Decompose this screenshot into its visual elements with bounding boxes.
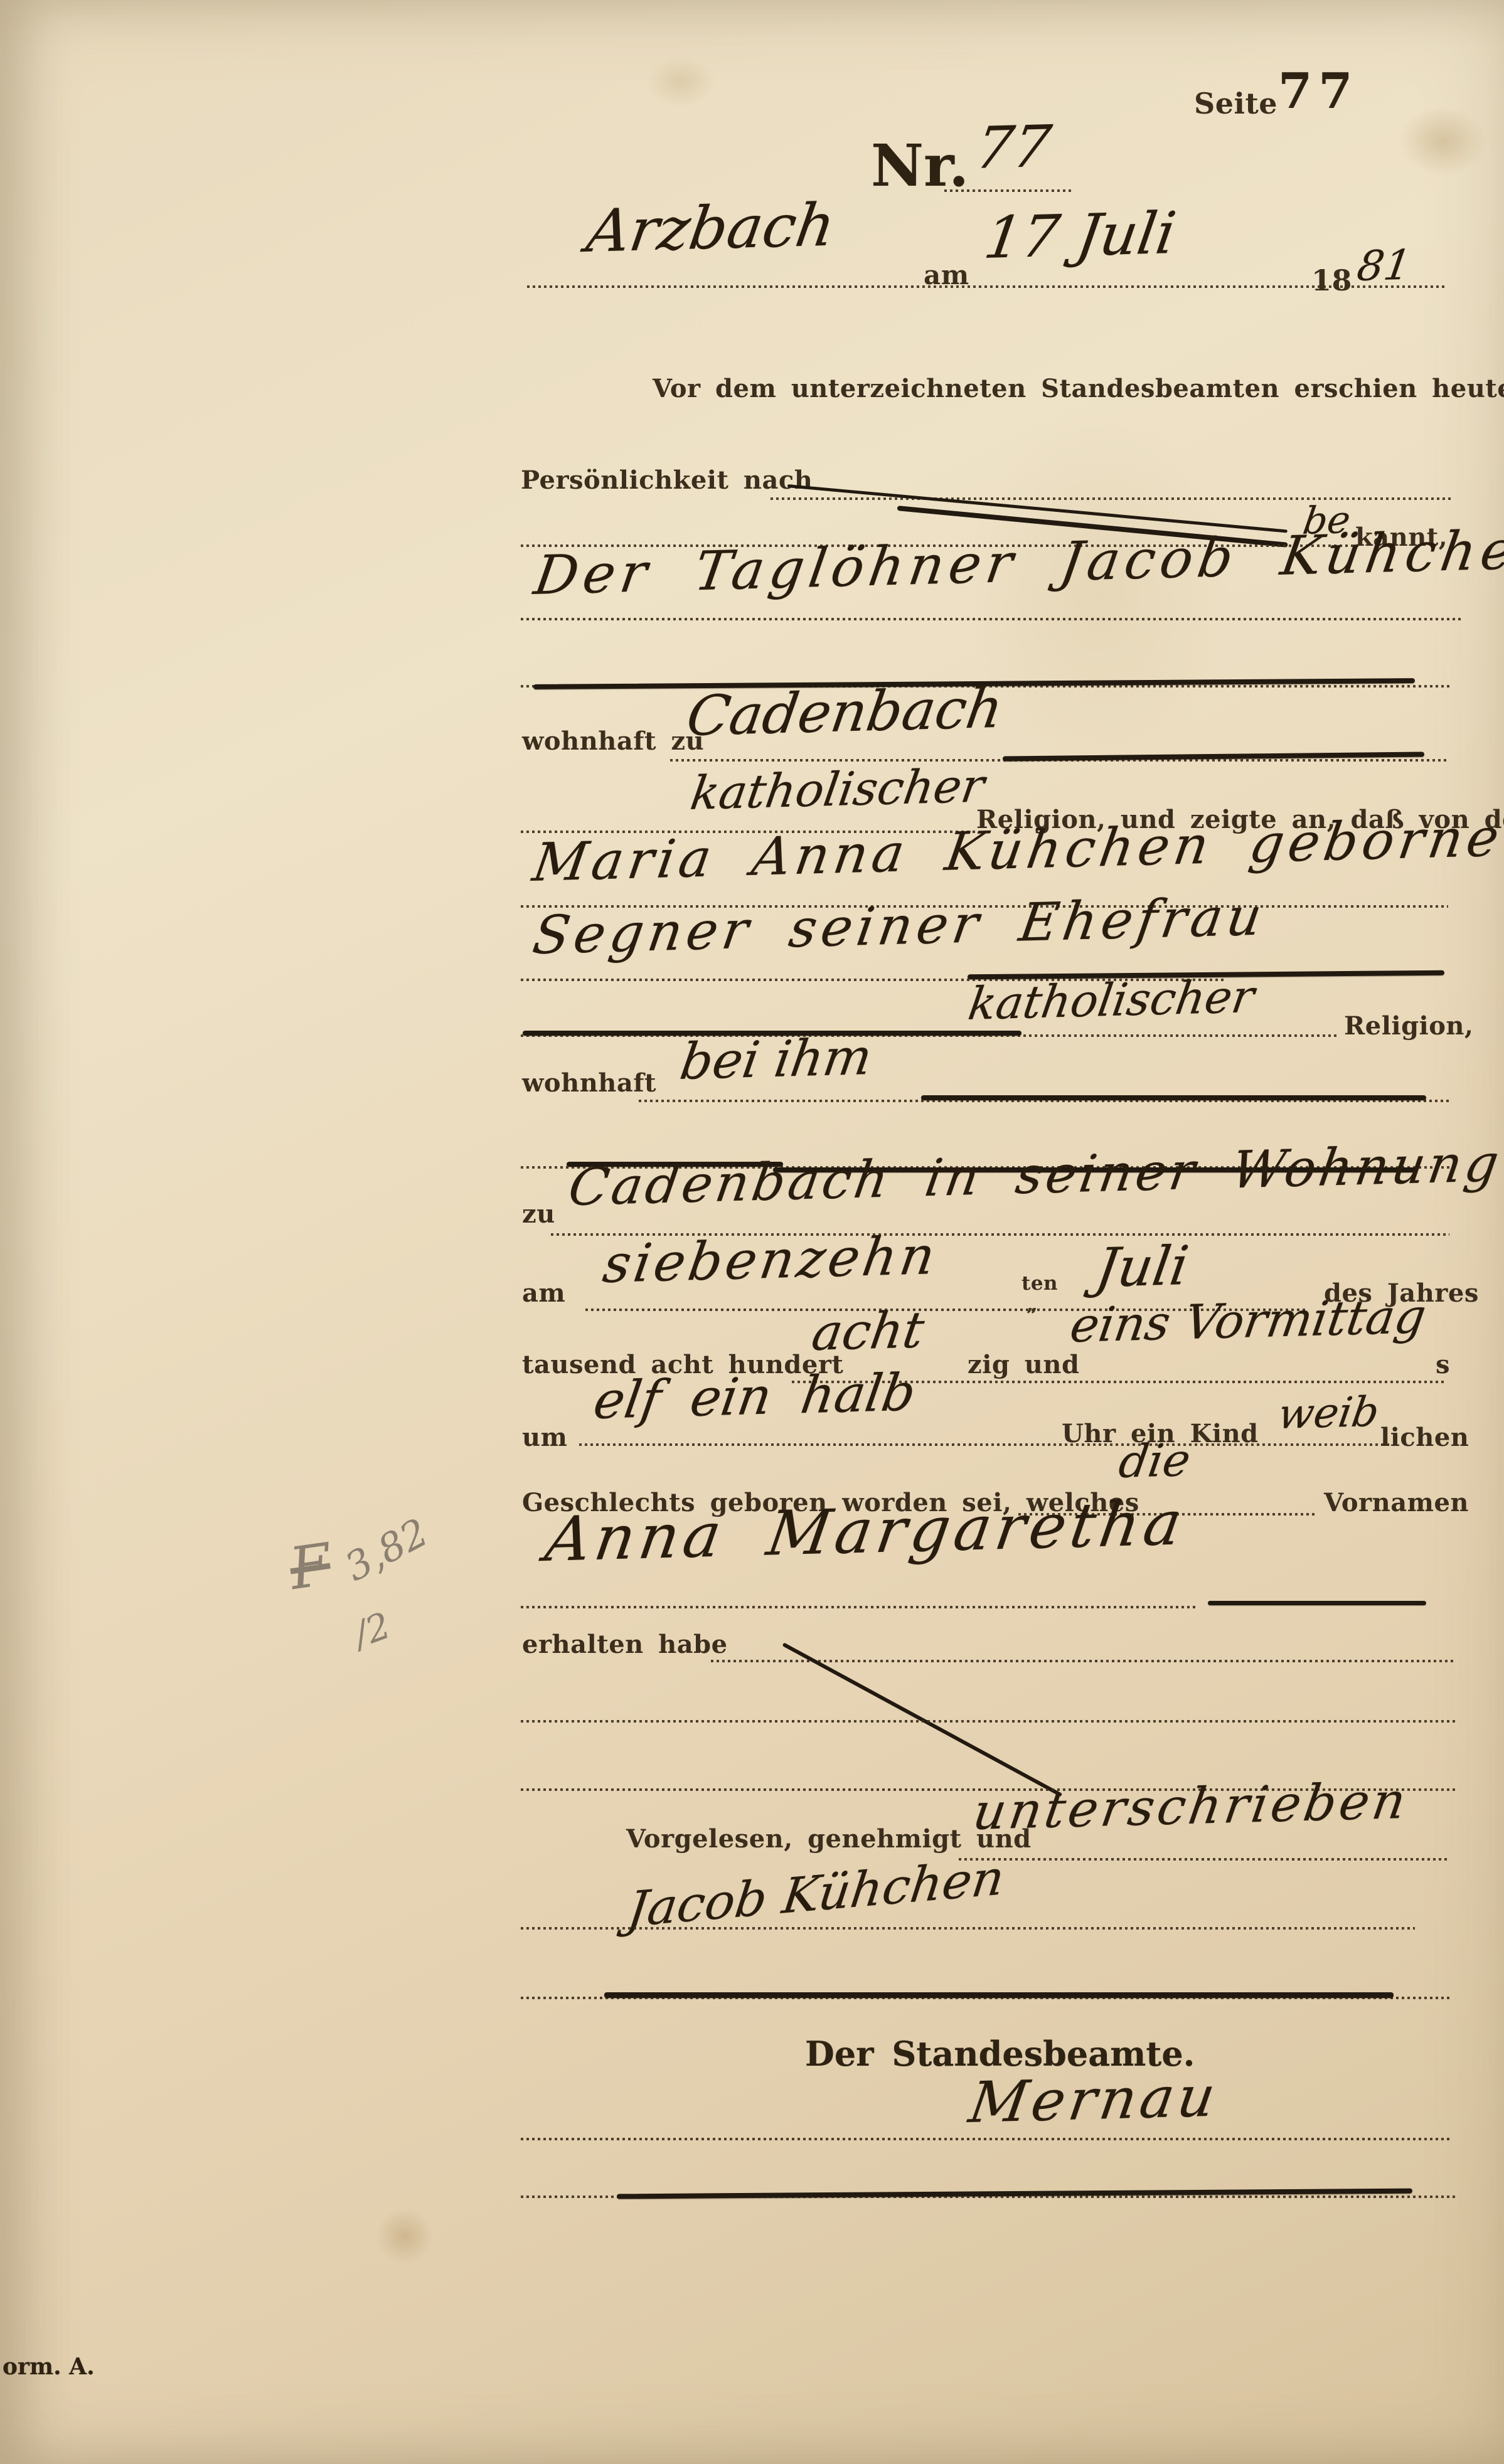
- ink-strike: [921, 1095, 1426, 1100]
- wohnhaft-zu-label: wohnhaft zu: [522, 726, 704, 756]
- unterschrieben-written: unterschrieben: [969, 1771, 1412, 1841]
- erhalten-label: erhalten habe: [522, 1630, 728, 1659]
- birth-day-value: siebenzehn: [599, 1224, 942, 1295]
- ink-strike: [1208, 1601, 1426, 1605]
- declarant-signature: Jacob Kühchen: [624, 1850, 1007, 1938]
- year-unit-value: eins Vormittag: [1067, 1288, 1430, 1353]
- paper-stain: [1399, 107, 1487, 176]
- ten-suffix-mark: „: [1027, 1293, 1038, 1316]
- dotted-rule: [521, 1927, 1415, 1930]
- zig-und-label: zig und: [968, 1350, 1079, 1379]
- decade-value: acht: [808, 1300, 928, 1362]
- ink-stroke: [787, 484, 1288, 533]
- page-label: Seite: [1194, 87, 1277, 120]
- am2-label: am: [522, 1278, 565, 1308]
- dotted-rule: [959, 1858, 1449, 1861]
- dotted-rule: [521, 1720, 1456, 1723]
- mother-name-line2: Segner seiner Ehefrau: [529, 886, 1270, 966]
- margin-note-fraction: /2: [348, 1604, 396, 1656]
- religion1-value: katholischer: [687, 759, 988, 820]
- s-suffix: s: [1436, 1350, 1450, 1379]
- ten-suffix: ten: [1021, 1272, 1058, 1295]
- margin-note-value: 3,82: [338, 1509, 435, 1590]
- time-value: elf ein halb: [590, 1363, 920, 1431]
- zu-label: zu: [522, 1199, 555, 1229]
- religion2-label: Religion,: [1344, 1011, 1473, 1041]
- page-number: 77: [1278, 63, 1359, 120]
- place-field: Arzbach: [582, 191, 840, 266]
- persoenlichkeit-label: Persönlichkeit nach: [521, 465, 813, 495]
- dotted-rule: [711, 1660, 1453, 1662]
- vornamen-label: Vornamen: [1324, 1488, 1469, 1517]
- article-value: die: [1116, 1433, 1194, 1488]
- paper-stain: [376, 2208, 433, 2265]
- record-number-value: 77: [971, 113, 1055, 182]
- year-written: 81: [1354, 241, 1414, 290]
- margin-note-symbol: F: [285, 1531, 334, 1603]
- residence-value: Cadenbach: [683, 676, 1007, 748]
- date-field: 17 Juli: [980, 199, 1180, 272]
- dotted-rule: [521, 618, 1462, 620]
- registry-page: Seite 77 Nr. 77 Arzbach am 17 Juli 18 81…: [0, 0, 1504, 2464]
- birthplace-value: Cadenbach in seiner Wohnung: [565, 1134, 1504, 1218]
- dotted-rule: [521, 1606, 1197, 1608]
- dotted-rule: [521, 2138, 1453, 2140]
- registrar-signature: Mernau: [965, 2064, 1223, 2136]
- birth-month-value: Juli: [1092, 1235, 1193, 1300]
- dotted-rule: [527, 285, 1446, 288]
- intro-line: Vor dem unterzeichneten Standesbeamten e…: [653, 374, 1504, 403]
- um-label: um: [522, 1423, 567, 1452]
- dotted-rule: [944, 189, 1073, 192]
- year-printed: 18: [1311, 263, 1352, 297]
- dotted-rule: [579, 1443, 1390, 1446]
- mother-name-line1: Maria Anna Kühchen geborne: [529, 807, 1504, 893]
- religion2-value: katholischer: [965, 970, 1257, 1030]
- gender-value: weib: [1275, 1388, 1382, 1438]
- declarant-line: Der Taglöhner Jacob Kühchen: [530, 518, 1504, 607]
- ink-strike: [604, 1992, 1394, 1998]
- residence2-value: bei ihm: [676, 1028, 876, 1091]
- lichen-label: lichen: [1380, 1423, 1469, 1452]
- form-label: orm. A.: [3, 2354, 95, 2380]
- paper-stain: [646, 56, 715, 107]
- wohnhaft-label: wohnhaft: [522, 1068, 656, 1098]
